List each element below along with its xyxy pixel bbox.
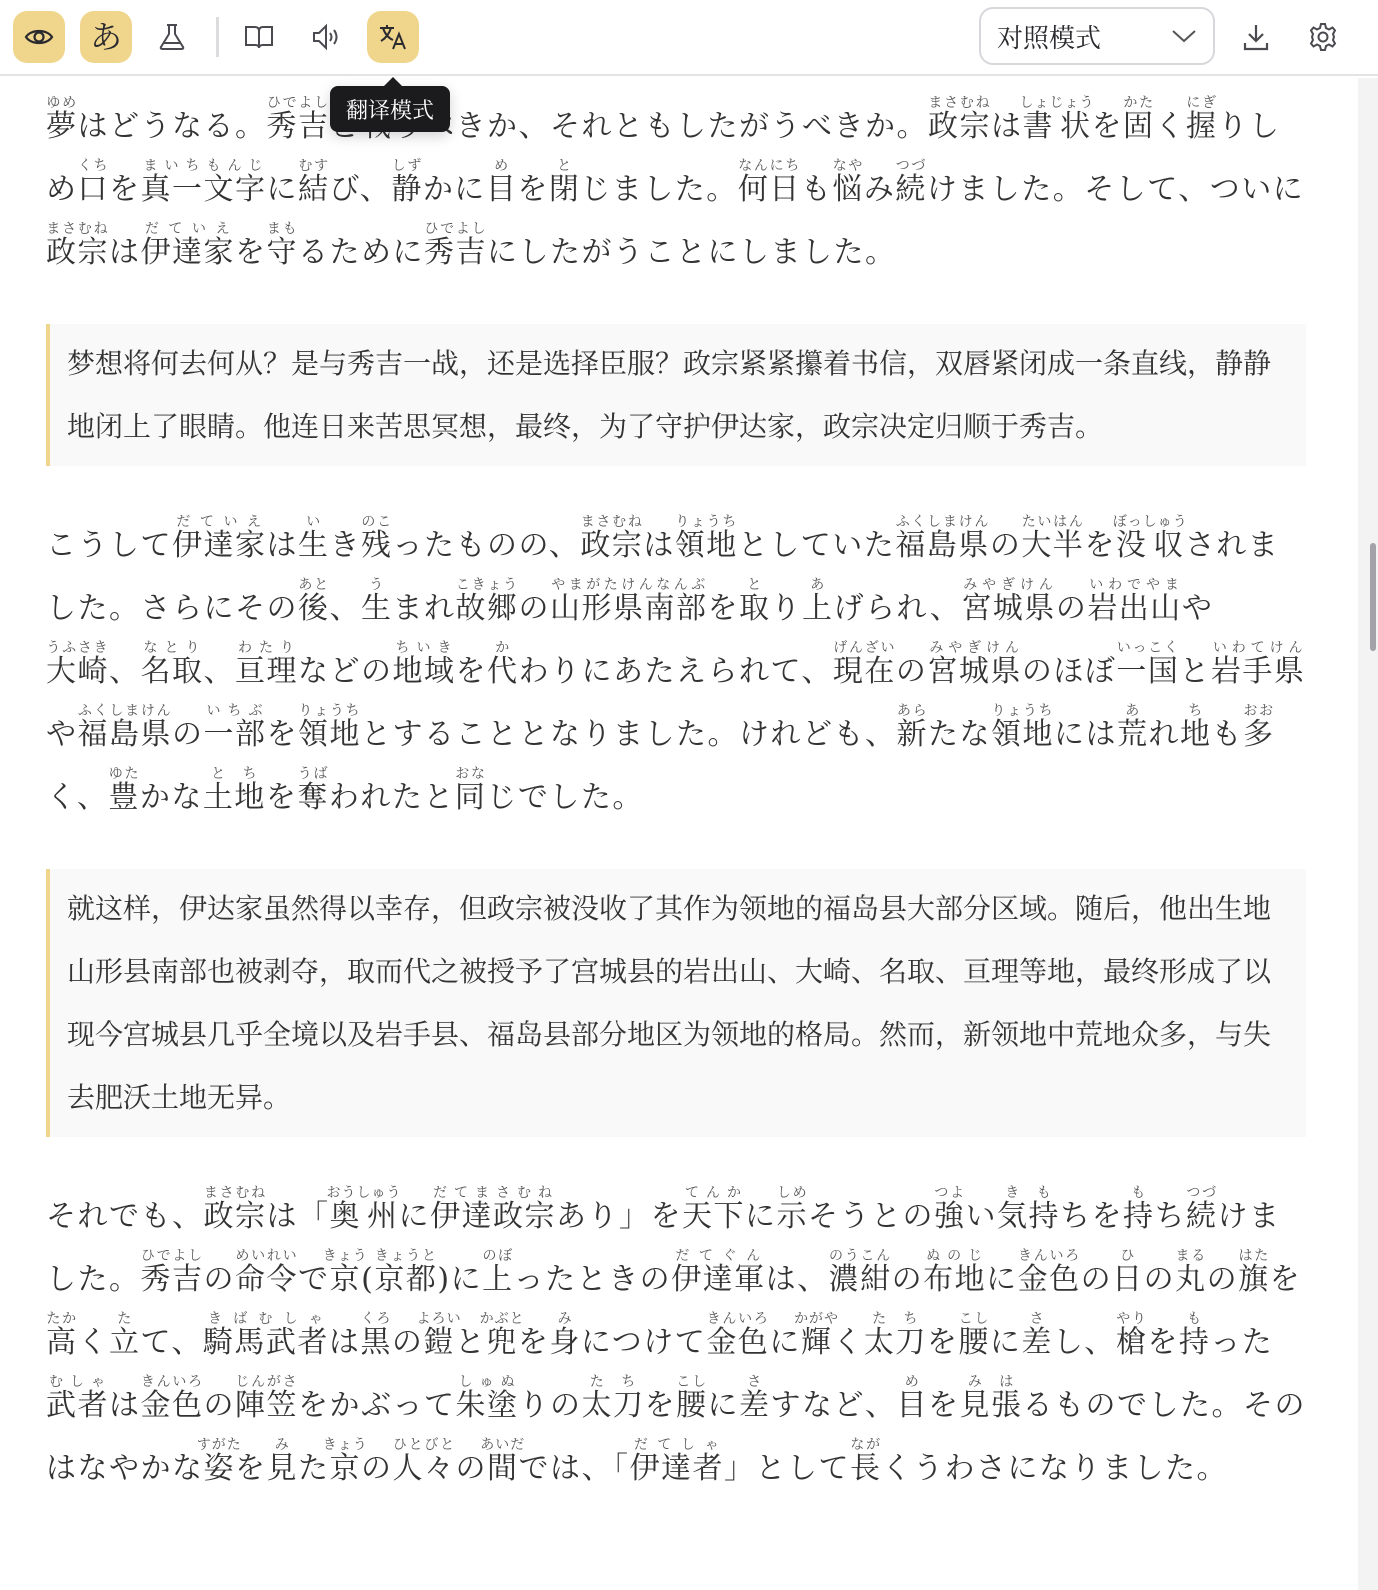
japanese-paragraph-3: それでも、政宗まさむねは「奥州おうしゅうに伊達政宗だてまさむねあり」を天下てんか…: [46, 1185, 1306, 1500]
furigana-word[interactable]: 山形県南部やまがたけんなんぶ: [550, 591, 708, 626]
furigana-word[interactable]: 続つづ: [1186, 1199, 1218, 1234]
flask-icon: [156, 21, 188, 53]
furigana-word[interactable]: 一部いちぶ: [204, 717, 267, 752]
furigana-word[interactable]: 京きょう: [330, 1262, 362, 1297]
furigana-word[interactable]: 身み: [549, 1325, 581, 1360]
furigana-word[interactable]: 濃紺のうこん: [829, 1262, 892, 1297]
furigana-word[interactable]: 地ち: [1180, 717, 1212, 752]
furigana-word[interactable]: 上のぼ: [482, 1262, 514, 1297]
furigana-word[interactable]: 後あと: [298, 591, 330, 626]
furigana-word[interactable]: 岩出山いわでやま: [1087, 591, 1182, 626]
furigana-word[interactable]: 差さ: [739, 1388, 771, 1423]
japanese-paragraph-2: こうして伊達家だていえは生いき残のこったものの、政宗まさむねは領地りょうちとして…: [46, 514, 1306, 829]
furigana-word[interactable]: 没収ぼっしゅう: [1116, 528, 1185, 563]
furigana-word[interactable]: 領地りょうち: [991, 717, 1054, 752]
furigana-word[interactable]: 名取なとり: [141, 654, 204, 689]
display-mode-select[interactable]: 对照模式: [979, 7, 1215, 65]
furigana-word[interactable]: 人々ひとびと: [393, 1451, 456, 1486]
furigana-word[interactable]: 政宗まさむね: [46, 235, 109, 270]
furigana-word[interactable]: 秀吉ひでよし: [424, 235, 487, 270]
furigana-word[interactable]: 宮城県みやぎけん: [961, 591, 1056, 626]
furigana-word[interactable]: 新あら: [897, 717, 929, 752]
japanese-paragraph-1: 夢ゆめはどうなる。秀吉ひでよしと戦たたかうべきか、それともしたがうべきか。政宗ま…: [46, 95, 1306, 284]
dictionary-button[interactable]: [233, 11, 285, 63]
translation-block-2: 就这样，伊达家虽然得以幸存，但政宗被没收了其作为领地的福岛县大部分区域。随后，他…: [46, 869, 1306, 1137]
furigana-word[interactable]: 代か: [487, 654, 519, 689]
furigana-word[interactable]: 旗はた: [1238, 1262, 1270, 1297]
gear-icon: [1307, 21, 1339, 53]
furigana-word[interactable]: 固かた: [1123, 109, 1155, 144]
furigana-word[interactable]: 間あいだ: [487, 1451, 519, 1486]
lab-button[interactable]: [146, 11, 198, 63]
furigana-word[interactable]: 腰こし: [676, 1388, 708, 1423]
furigana-word[interactable]: 武者むしゃ: [46, 1388, 109, 1423]
furigana-word[interactable]: 書状しょじょう: [1023, 109, 1092, 144]
furigana-word[interactable]: 黒くろ: [360, 1325, 392, 1360]
download-button[interactable]: [1230, 11, 1282, 63]
reading-content: 夢ゆめはどうなる。秀吉ひでよしと戦たたかうべきか、それともしたがうべきか。政宗ま…: [46, 95, 1306, 1500]
furigana-word[interactable]: 天下てんか: [682, 1199, 745, 1234]
furigana-word[interactable]: 強つよ: [934, 1199, 966, 1234]
furigana-word[interactable]: 見み: [267, 1451, 299, 1486]
furigana-word[interactable]: 政宗まさむね: [204, 1199, 267, 1234]
furigana-word[interactable]: 長なが: [850, 1451, 882, 1486]
furigana-word[interactable]: 金色きんいろ: [1018, 1262, 1081, 1297]
translation-mode-button[interactable]: [367, 11, 419, 63]
furigana-word[interactable]: 秀吉ひでよし: [267, 109, 330, 144]
furigana-word[interactable]: 亘理わたり: [235, 654, 298, 689]
furigana-word[interactable]: 土地とち: [203, 780, 266, 815]
scrollbar-track[interactable]: [1358, 78, 1378, 1590]
furigana-word[interactable]: 輝かがや: [801, 1325, 833, 1360]
furigana-word[interactable]: 福島県ふくしまけん: [78, 717, 173, 752]
furigana-word[interactable]: 政宗まさむね: [928, 109, 991, 144]
furigana-word[interactable]: 持も: [1123, 1199, 1155, 1234]
book-icon: [243, 21, 275, 53]
furigana-word[interactable]: 結むす: [298, 172, 330, 207]
furigana-word[interactable]: 一国いっこく: [1116, 654, 1179, 689]
speaker-icon: [310, 21, 342, 53]
furigana-word[interactable]: 同おな: [455, 780, 487, 815]
furigana-word[interactable]: 生う: [361, 591, 393, 626]
furigana-word[interactable]: 大崎うふさき: [46, 654, 109, 689]
scrollbar-thumb[interactable]: [1370, 543, 1376, 651]
settings-button[interactable]: [1297, 11, 1349, 63]
toolbar: あ 对照模式: [0, 0, 1378, 76]
furigana-word[interactable]: 口くち: [78, 172, 110, 207]
furigana-word[interactable]: 続つづ: [895, 172, 927, 207]
furigana-word[interactable]: 宮城県みやぎけん: [927, 654, 1022, 689]
furigana-word[interactable]: 伊達政宗だてまさむね: [430, 1199, 556, 1234]
view-toggle-button[interactable]: [13, 11, 65, 63]
furigana-word[interactable]: 持も: [1179, 1325, 1211, 1360]
furigana-word[interactable]: 朱塗しゅぬ: [456, 1388, 519, 1423]
furigana-word[interactable]: 政宗まさむね: [580, 528, 643, 563]
furigana-word[interactable]: 取と: [739, 591, 771, 626]
translation-mode-tooltip: 翻译模式: [330, 86, 450, 132]
furigana-word[interactable]: 兜かぶと: [486, 1325, 518, 1360]
chevron-down-icon: [1171, 28, 1197, 44]
furigana-word[interactable]: 金色きんいろ: [706, 1325, 769, 1360]
furigana-word[interactable]: 姿すがた: [204, 1451, 236, 1486]
furigana-word[interactable]: 差さ: [1021, 1325, 1053, 1360]
furigana-word[interactable]: 伊達家だていえ: [141, 235, 236, 270]
furigana-word[interactable]: 多おお: [1243, 717, 1275, 752]
furigana-word[interactable]: 騎馬武者きばむしゃ: [203, 1325, 329, 1360]
furigana-word[interactable]: 京都きょうと: [374, 1262, 437, 1297]
furigana-word[interactable]: 握にぎ: [1186, 109, 1218, 144]
furigana-word[interactable]: 槍やり: [1116, 1325, 1148, 1360]
audio-button[interactable]: [300, 11, 352, 63]
furigana-word[interactable]: 鎧よろい: [423, 1325, 455, 1360]
furigana-word[interactable]: 真一文字まいちもんじ: [141, 172, 267, 207]
furigana-word[interactable]: 大半たいはん: [1021, 528, 1084, 563]
furigana-word[interactable]: 福島県ふくしまけん: [895, 528, 990, 563]
furigana-word[interactable]: 京きょう: [330, 1451, 362, 1486]
furigana-word[interactable]: 伊達家だていえ: [172, 528, 267, 563]
toolbar-divider: [216, 17, 219, 57]
furigana-word[interactable]: 生い: [298, 528, 330, 563]
furigana-word[interactable]: 何日なんにち: [738, 172, 801, 207]
furigana-word[interactable]: 目め: [897, 1388, 929, 1423]
furigana-word[interactable]: 示しめ: [777, 1199, 809, 1234]
furigana-word[interactable]: 荒あ: [1117, 717, 1149, 752]
furigana-word[interactable]: 丸まる: [1175, 1262, 1207, 1297]
furigana-word[interactable]: 閉と: [549, 172, 581, 207]
eye-icon: [23, 21, 55, 53]
furigana-word[interactable]: 上あ: [802, 591, 834, 626]
furigana-word[interactable]: 伊達者だてしゃ: [630, 1451, 725, 1486]
furigana-word[interactable]: 秀吉ひでよし: [141, 1262, 204, 1297]
furigana-word[interactable]: 領地りょうち: [298, 717, 361, 752]
furigana-word[interactable]: 故郷こきょう: [456, 591, 519, 626]
furigana-word[interactable]: 見張みは: [960, 1388, 1023, 1423]
furigana-word[interactable]: 豊ゆた: [108, 780, 140, 815]
furigana-word[interactable]: 守まも: [267, 235, 299, 270]
furigana-word[interactable]: 残のこ: [361, 528, 393, 563]
furigana-word[interactable]: 陣笠じんがさ: [235, 1388, 298, 1423]
furigana-word[interactable]: 目め: [486, 172, 518, 207]
hiragana-icon: あ: [90, 21, 122, 53]
furigana-word[interactable]: 布地ぬのじ: [923, 1262, 986, 1297]
download-icon: [1240, 21, 1272, 53]
furigana-word[interactable]: 高たか: [46, 1325, 78, 1360]
furigana-word[interactable]: 静しず: [391, 172, 423, 207]
furigana-word[interactable]: 悩なや: [832, 172, 864, 207]
translation-block-1: 梦想将何去何从？是与秀吉一战，还是选择臣服？政宗紧紧攥着书信，双唇紧闭成一条直线…: [46, 324, 1306, 466]
furigana-word[interactable]: 夢ゆめ: [46, 109, 78, 144]
furigana-word[interactable]: 腰こし: [958, 1325, 990, 1360]
furigana-word[interactable]: 伊達軍だてぐん: [671, 1262, 766, 1297]
furigana-word[interactable]: 日ひ: [1112, 1262, 1144, 1297]
furigana-word[interactable]: 太刀たち: [582, 1388, 645, 1423]
translate-icon: [377, 21, 409, 53]
furigana-word[interactable]: 現在げんざい: [833, 654, 896, 689]
display-mode-value: 对照模式: [997, 18, 1171, 55]
furigana-word[interactable]: 太刀たち: [864, 1325, 927, 1360]
furigana-word[interactable]: 金色きんいろ: [141, 1388, 204, 1423]
furigana-word[interactable]: 奪うば: [297, 780, 329, 815]
furigana-word[interactable]: 岩手県いわてけん: [1211, 654, 1306, 689]
furigana-word[interactable]: 領地りょうち: [675, 528, 738, 563]
furigana-word[interactable]: 気持きも: [997, 1199, 1060, 1234]
furigana-word[interactable]: 奥州おうしゅう: [330, 1199, 399, 1234]
furigana-word[interactable]: 立た: [109, 1325, 141, 1360]
furigana-word[interactable]: 地域ちいき: [393, 654, 456, 689]
furigana-word[interactable]: 命令めいれい: [235, 1262, 298, 1297]
furigana-toggle-button[interactable]: あ: [80, 11, 132, 63]
